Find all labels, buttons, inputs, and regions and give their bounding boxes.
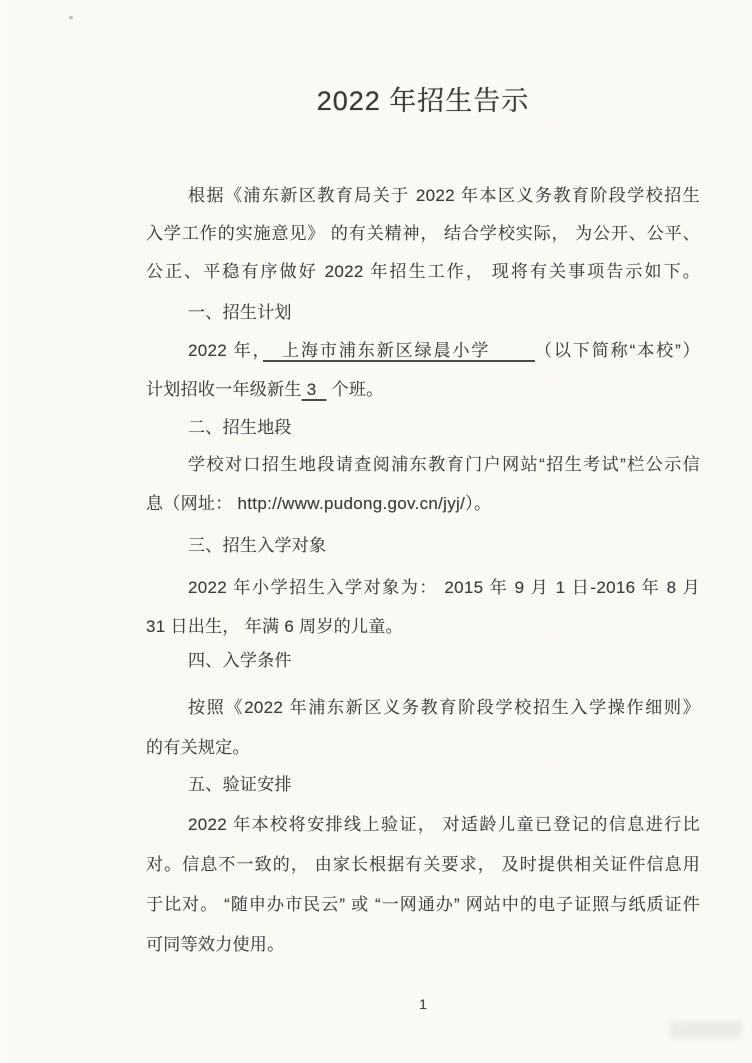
text-segment: 可同等效力使用。	[146, 935, 284, 954]
text-segment: 2022 年，	[188, 341, 263, 360]
text-segment: 入学工作的实施意见》 的有关精神， 结合学校实际， 为公开、公平、	[146, 224, 700, 243]
section-2-line-1: 学校对口招生地段请查阅浦东教育门户网站“招生考试”栏公示信	[146, 452, 700, 477]
section-5-line-2: 对。信息不一致的， 由家长根据有关要求， 及时提供相关证件信息用	[146, 852, 700, 877]
section-4-line-1: 按照《2022 年浦东新区义务教育阶段学校招生入学操作细则》	[146, 695, 700, 720]
document-body: 根据《浦东新区教育局关于 2022 年本区义务教育阶段学校招生入学工作的实施意见…	[0, 0, 752, 1063]
section-2-line-2: 息（网址： http://www.pudong.gov.cn/jyj/）。	[146, 491, 700, 516]
scan-smudge	[670, 1021, 742, 1038]
text-segment: 三、招生入学对象	[188, 536, 326, 555]
text-segment: 对。信息不一致的， 由家长根据有关要求， 及时提供相关证件信息用	[146, 855, 700, 874]
text-segment: 二、招生地段	[188, 418, 292, 437]
intro-line-3: 公正、平稳有序做好 2022 年招生工作， 现将有关事项告示如下。	[146, 259, 700, 284]
text-segment: （以下简称“本校”）	[535, 341, 700, 360]
blank-underline: 上海市浦东新区绿晨小学	[263, 341, 535, 360]
text-segment: 2022 年本校将安排线上验证， 对适龄儿童已登记的信息进行比	[188, 815, 700, 834]
section-5-line-4: 可同等效力使用。	[146, 932, 700, 957]
section-5-heading: 五、验证安排	[146, 772, 700, 797]
section-4-heading: 四、入学条件	[146, 648, 700, 673]
text-segment: 学校对口招生地段请查阅浦东教育门户网站“招生考试”栏公示信	[188, 455, 700, 474]
text-segment: 根据《浦东新区教育局关于 2022 年本区义务教育阶段学校招生	[188, 186, 700, 205]
text-segment: 2022 年小学招生入学对象为： 2015 年 9 月 1 日-2016 年 8…	[188, 578, 700, 597]
section-5-line-1: 2022 年本校将安排线上验证， 对适龄儿童已登记的信息进行比	[146, 812, 700, 837]
intro-line-1: 根据《浦东新区教育局关于 2022 年本区义务教育阶段学校招生	[146, 183, 700, 208]
text-segment: 31 日出生， 年满 6 周岁的儿童。	[146, 617, 403, 636]
text-segment: 五、验证安排	[188, 775, 292, 794]
section-1-line-2: 计划招收一年级新生 3 个班。	[146, 377, 700, 402]
text-segment: 四、入学条件	[188, 651, 292, 670]
text-segment: 按照《2022 年浦东新区义务教育阶段学校招生入学操作细则》	[188, 698, 700, 717]
text-segment: 个班。	[327, 380, 384, 399]
section-1-heading: 一、招生计划	[146, 300, 700, 325]
page-number: 1	[146, 996, 700, 1012]
text-segment: 的有关规定。	[146, 738, 250, 757]
intro-line-2: 入学工作的实施意见》 的有关精神， 结合学校实际， 为公开、公平、	[146, 221, 700, 246]
section-4-line-2: 的有关规定。	[146, 735, 700, 760]
blank-underline: 3	[302, 380, 327, 399]
section-1-line-1: 2022 年， 上海市浦东新区绿晨小学 （以下简称“本校”）	[146, 338, 700, 363]
section-5-line-3: 于比对。 “随申办市民云” 或 “一网通办” 网站中的电子证照与纸质证件	[146, 892, 700, 917]
text-segment: 息（网址： http://www.pudong.gov.cn/jyj/）。	[146, 494, 491, 513]
text-segment: 一、招生计划	[188, 303, 292, 322]
section-2-heading: 二、招生地段	[146, 415, 700, 440]
text-segment: 计划招收一年级新生	[146, 380, 302, 399]
section-3-line-2: 31 日出生， 年满 6 周岁的儿童。	[146, 614, 700, 639]
text-segment: 公正、平稳有序做好 2022 年招生工作， 现将有关事项告示如下。	[146, 262, 700, 281]
section-3-heading: 三、招生入学对象	[146, 533, 700, 558]
scanned-document-page: 2022 年招生告示 根据《浦东新区教育局关于 2022 年本区义务教育阶段学校…	[0, 0, 752, 1063]
text-segment: 于比对。 “随申办市民云” 或 “一网通办” 网站中的电子证照与纸质证件	[146, 895, 700, 914]
section-3-line-1: 2022 年小学招生入学对象为： 2015 年 9 月 1 日-2016 年 8…	[146, 575, 700, 600]
